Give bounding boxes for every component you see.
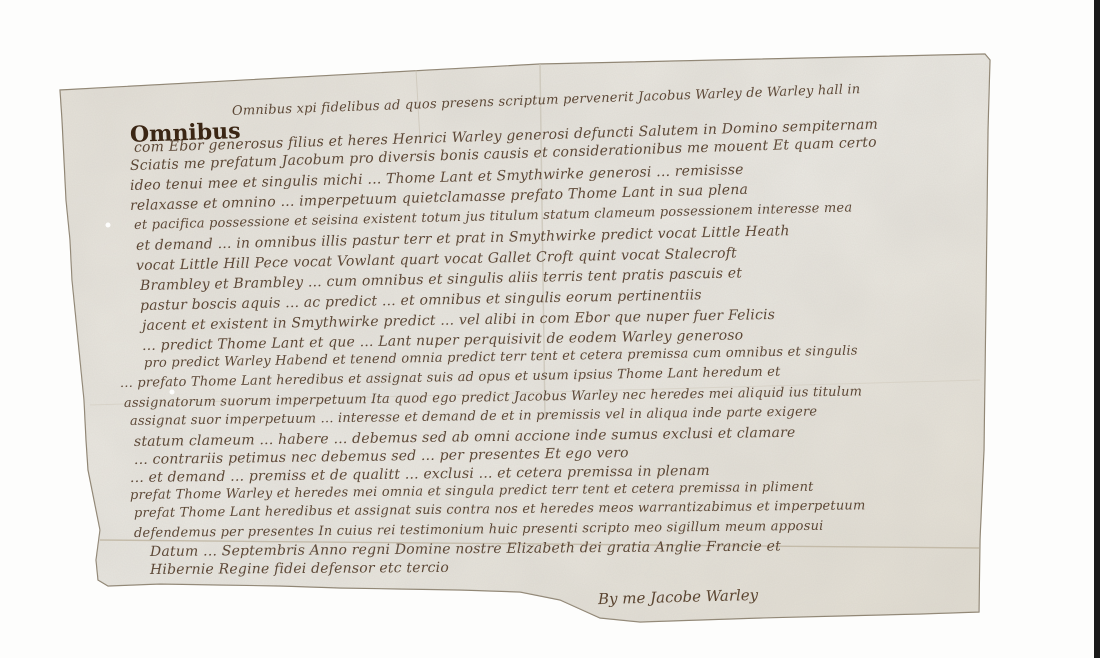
parchment-sheet xyxy=(0,0,1100,658)
document-image: Omnibus Omnibus xpi fidelibus ad quos pr… xyxy=(0,0,1100,658)
scan-edge-strip xyxy=(1094,0,1100,658)
